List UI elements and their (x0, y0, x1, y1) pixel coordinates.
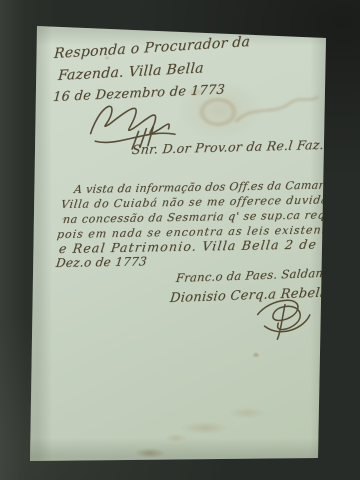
annotation-line-2: Fazenda. Villa Bella (57, 60, 204, 84)
document-paper: Responda o Procurador da Fazenda. Villa … (0, 0, 360, 480)
ink-bleed-mark (232, 92, 322, 128)
photographed-manuscript: Responda o Procurador da Fazenda. Villa … (0, 0, 360, 480)
signature-1: Franc.o da Paes. Saldanha (175, 265, 339, 285)
annotation-line-1: Responda o Procurador da (54, 34, 251, 62)
body-line-5: e Real Patrimonio. Villa Bella 2 de (58, 236, 318, 256)
signature-rubric-flourish-icon (250, 293, 317, 343)
body-line-6: Dez.o de 1773 (55, 254, 148, 270)
